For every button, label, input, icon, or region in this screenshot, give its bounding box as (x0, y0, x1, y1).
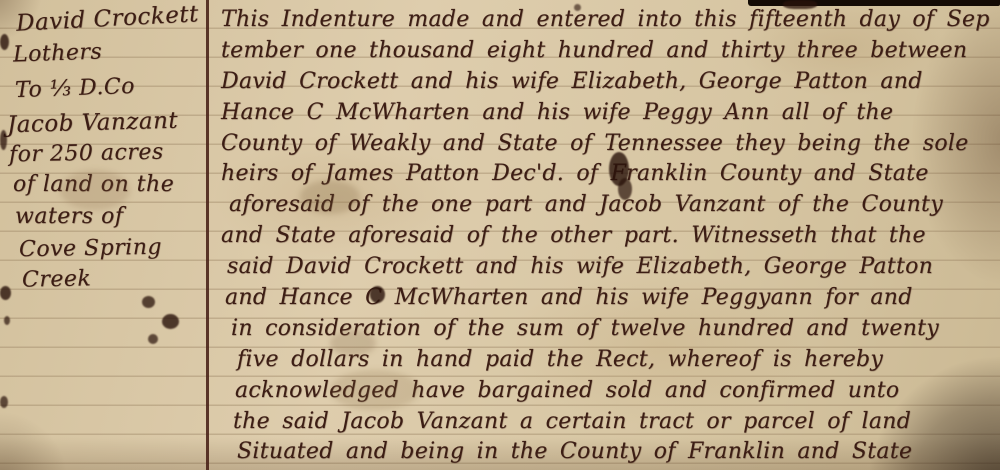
paper-stain (60, 170, 130, 210)
margin-note-line: Cove Spring (19, 235, 162, 262)
margin-note-line: Jacob Vanzant (7, 108, 179, 138)
margin-column: David Crockett Lothers To ⅓ D.Co Jacob V… (0, 0, 207, 470)
manuscript-text-line: tember one thousand eight hundred and th… (221, 36, 996, 67)
body-column: This Indenture made and entered into thi… (213, 0, 1000, 470)
manuscript-text-line: and Hance C McWharten and his wife Peggy… (221, 283, 996, 314)
column-rule-line (206, 0, 209, 470)
paper-stain (330, 370, 420, 410)
ink-blot (0, 396, 8, 408)
ink-blot (574, 4, 581, 11)
ink-blot (142, 296, 155, 308)
ink-blot (148, 334, 158, 344)
margin-note-line: To ⅓ D.Co (15, 74, 136, 103)
manuscript-text-line: said David Crockett and his wife Elizabe… (221, 252, 996, 283)
paper-stain (330, 330, 376, 356)
ink-blot (370, 286, 385, 303)
ink-blot (0, 130, 7, 150)
margin-note-line: Lothers (13, 39, 103, 67)
manuscript-text-line: Hance C McWharten and his wife Peggy Ann… (221, 98, 996, 129)
manuscript-text-line: David Crockett and his wife Elizabeth, G… (221, 67, 996, 98)
ink-blot (4, 316, 10, 325)
manuscript-text-line: Situated and being in the County of Fran… (221, 437, 996, 468)
manuscript-text-line: and State aforesaid of the other part. W… (221, 221, 996, 252)
ink-blot (0, 34, 9, 50)
manuscript-page: David Crockett Lothers To ⅓ D.Co Jacob V… (0, 0, 1000, 470)
ink-blot (0, 286, 11, 300)
manuscript-text-line: County of Weakly and State of Tennessee … (221, 129, 996, 160)
ink-blot (618, 178, 632, 200)
margin-note-line: Creek (22, 266, 92, 292)
margin-note-line: for 250 acres (9, 140, 164, 168)
paper-stain (300, 180, 360, 214)
manuscript-text-line: the said Jacob Vanzant a certain tract o… (221, 407, 996, 438)
ink-blot (162, 314, 179, 329)
margin-note-line: David Crockett (15, 1, 199, 37)
manuscript-text-line: This Indenture made and entered into thi… (221, 5, 996, 36)
ink-blot (783, 0, 817, 9)
